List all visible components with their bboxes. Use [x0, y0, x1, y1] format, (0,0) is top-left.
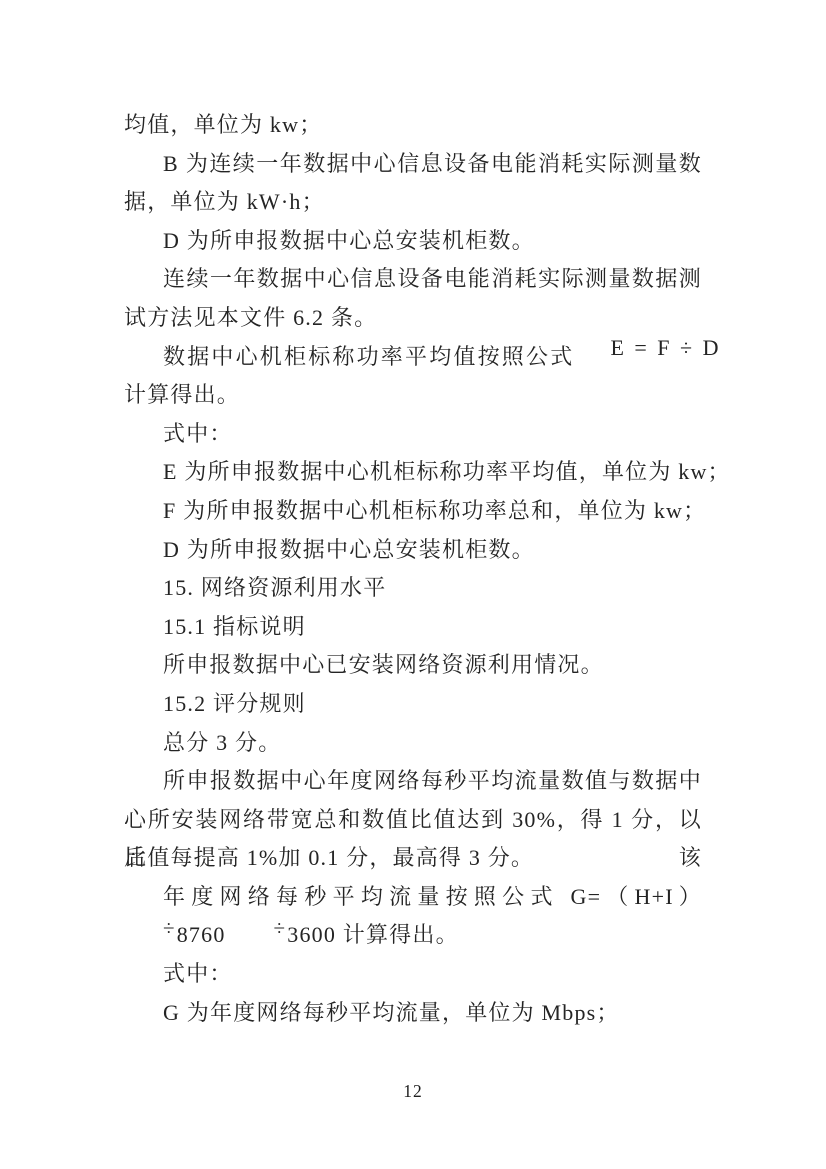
doc-line-15: 所申报数据中心已安装网络资源利用情况。 [124, 646, 702, 685]
divide-sign-1: ÷ [163, 909, 176, 948]
page-number: 12 [0, 1081, 826, 1102]
doc-line-3: 据，单位为 kW·h； [124, 183, 702, 222]
doc-line-21: 年度网络每秒平均流量按照公式 G=（H+I） [124, 878, 702, 917]
doc-line-24: G 为年度网络每秒平均流量，单位为 Mbps； [124, 994, 702, 1033]
equation-e-equals-f-div-d: E = F ÷ D [610, 329, 721, 368]
divide-operand-1: 8760 [177, 922, 226, 947]
doc-line-5: 连续一年数据中心信息设备电能消耗实际测量数据测 [124, 260, 702, 299]
divide-sign-2: ÷ [274, 909, 287, 948]
document-body: 均值，单位为 kw； B 为连续一年数据中心信息设备电能消耗实际测量数 据，单位… [124, 106, 702, 1032]
formula-intro-text: 数据中心机柜标称功率平均值按照公式 [163, 338, 574, 377]
doc-line-12: D 为所申报数据中心总安装机柜数。 [124, 531, 702, 570]
section-15-2-heading: 15.2 评分规则 [124, 685, 702, 724]
formula-legend-label-2: 式中： [124, 955, 702, 994]
doc-line-19: 心所安装网络带宽总和数值比值达到 30%，得 1 分，以后该 [124, 801, 702, 840]
divide-operand-2: 3600 计算得出。 [287, 922, 459, 947]
document-page: 均值，单位为 kw； B 为连续一年数据中心信息设备电能消耗实际测量数 据，单位… [0, 0, 826, 1169]
doc-line-10: E 为所申报数据中心机柜标称功率平均值，单位为 kw； [124, 453, 702, 492]
doc-line-18: 所申报数据中心年度网络每秒平均流量数值与数据中 [124, 762, 702, 801]
equation-line-g: ÷8760÷3600 计算得出。 [124, 916, 702, 955]
doc-line-4: D 为所申报数据中心总安装机柜数。 [124, 222, 702, 261]
section-15-1-heading: 15.1 指标说明 [124, 608, 702, 647]
doc-line-1: 均值，单位为 kw； [124, 106, 702, 145]
section-15-heading: 15. 网络资源利用水平 [124, 569, 702, 608]
doc-line-8: 计算得出。 [124, 376, 702, 415]
formula-line-e: 数据中心机柜标称功率平均值按照公式 E = F ÷ D [124, 338, 702, 377]
doc-line-17: 总分 3 分。 [124, 724, 702, 763]
formula-legend-label-1: 式中： [124, 415, 702, 454]
doc-line-11: F 为所申报数据中心机柜标称功率总和，单位为 kw； [124, 492, 702, 531]
doc-line-2: B 为连续一年数据中心信息设备电能消耗实际测量数 [124, 145, 702, 184]
